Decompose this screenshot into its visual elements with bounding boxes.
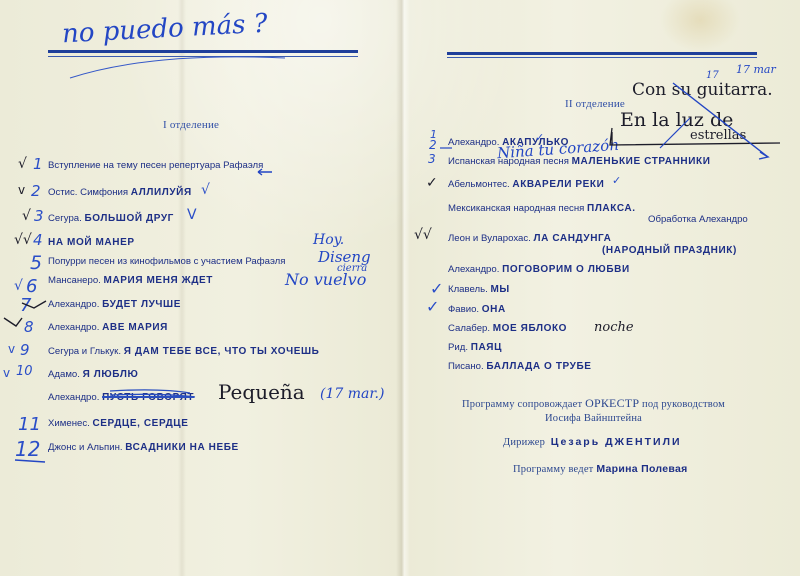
note-17-mar-left: (17 mar.) xyxy=(320,386,384,402)
program-item: Попурри песен из кинофильмов с участием … xyxy=(48,256,285,267)
program-item: Алехандро. АВЕ МАРИЯ xyxy=(48,322,168,333)
item-number: 2 xyxy=(31,182,41,200)
program-item: Писано. БАЛЛАДА О ТРУБЕ xyxy=(448,361,592,372)
check-mark-icon: √ xyxy=(201,182,210,198)
note-con-su-guitarra: Con su guitarra. xyxy=(632,80,773,100)
header-rule-thin xyxy=(48,56,358,57)
item-number: 9 xyxy=(20,341,30,359)
host-credit: Программу ведет Марина Полевая xyxy=(513,463,688,475)
check-mark-icon: ✓ xyxy=(426,175,438,191)
program-item: Адамо. Я ЛЮБЛЮ xyxy=(48,369,138,380)
program-item: Фавио. ОНА xyxy=(448,304,506,315)
check-mark-icon: √√ xyxy=(14,232,32,248)
program-item: Джонс и Альпин. ВСАДНИКИ НА НЕБЕ xyxy=(48,442,239,453)
note-17-mar-right: 17 mar xyxy=(736,63,776,76)
item-number: 6 xyxy=(26,276,37,297)
header-rule xyxy=(48,50,358,53)
program-item: Рид. ПАЯЦ xyxy=(448,342,502,353)
item-number: 4 xyxy=(33,231,43,249)
conductor-credit: Дирижер Цезарь ДЖЕНТИЛИ xyxy=(503,436,682,448)
check-mark-icon: v xyxy=(18,183,25,197)
note-hoy: Hoy. xyxy=(313,232,344,248)
orchestra-credit: Программу сопровождает ОРКЕСТР под руков… xyxy=(462,396,725,411)
note-noche: noche xyxy=(594,320,634,335)
header-rule-right-thin xyxy=(447,57,757,58)
orchestra-leader: Иосифа Вайнштейна xyxy=(545,413,642,424)
note-pequena: Pequeña xyxy=(218,380,305,404)
item-number: 1 xyxy=(33,155,43,173)
check-mark-icon: √ xyxy=(18,156,27,172)
program-item: Остис. Симфония АЛЛИЛУЙЯ xyxy=(48,187,192,198)
item-number: 7 xyxy=(20,295,31,316)
paper-crease xyxy=(178,0,186,576)
header-rule-right xyxy=(447,52,757,55)
check-mark-icon: √√ xyxy=(414,227,432,243)
program-item: Клавель. МЫ xyxy=(448,284,510,295)
check-mark-icon: ✓ xyxy=(612,174,621,187)
item-number: 12 xyxy=(15,437,40,461)
section-title-part-2: II отделение xyxy=(565,98,625,110)
check-mark-icon: v xyxy=(8,342,15,356)
program-item: Мексиканская народная песня ПЛАКСА. xyxy=(448,203,636,214)
program-item: НА МОЙ МАНЕР xyxy=(48,237,135,248)
item-number: 10 xyxy=(16,364,33,379)
center-fold xyxy=(396,0,410,576)
program-item-subtitle: (НАРОДНЫЙ ПРАЗДНИК) xyxy=(602,245,737,256)
note-estrellas: estrellas xyxy=(690,128,746,143)
program-item: Салабер. МОЕ ЯБЛОКО xyxy=(448,323,567,334)
program-item: Алехандро. ПОГОВОРИМ О ЛЮБВИ xyxy=(448,264,630,275)
item-number: 3 xyxy=(34,207,44,225)
section-title-part-1: I отделение xyxy=(163,119,219,131)
program-item: Леон и Вуларохас. ЛА САНДУНГА xyxy=(448,233,611,244)
item-number: 11 xyxy=(18,414,41,435)
check-mark-icon: v xyxy=(3,366,10,380)
note-no-vuelvo: No vuelvo xyxy=(285,270,366,289)
program-item: Сегура. БОЛЬШОЙ ДРУГ xyxy=(48,213,174,224)
program-item: Мансанеро. МАРИЯ МЕНЯ ЖДЕТ xyxy=(48,275,213,286)
program-item: Хименес. СЕРДЦЕ, СЕРДЦЕ xyxy=(48,418,189,429)
check-mark-icon: √ xyxy=(22,208,31,224)
item-number: 8 xyxy=(24,318,34,336)
program-item-struck: Алехандро. ПУСТЬ ГОВОРЯТ xyxy=(48,392,194,403)
check-mark-icon: V xyxy=(187,207,197,223)
program-item: Алехандро. БУДЕТ ЛУЧШЕ xyxy=(48,299,181,310)
check-mark-icon: ✓ xyxy=(430,279,443,298)
program-item-arrangement: Обработка Алехандро xyxy=(648,214,748,225)
check-mark-icon: √ xyxy=(14,278,23,294)
program-item: Сегура и Глькук. Я ДАМ ТЕБЕ ВСЕ, ЧТО ТЫ … xyxy=(48,346,319,357)
item-number: 5 xyxy=(30,252,42,274)
check-mark-icon: ✓ xyxy=(426,297,439,316)
item-number: 3 xyxy=(428,152,436,166)
program-item: Испанская народная песня МАЛЕНЬКИЕ СТРАН… xyxy=(448,156,711,167)
program-item: Вступление на тему песен репертуара Рафа… xyxy=(48,160,263,171)
item-number: 2 xyxy=(429,138,437,152)
program-item: Абельмонтес. АКВАРЕЛИ РЕКИ xyxy=(448,179,604,190)
